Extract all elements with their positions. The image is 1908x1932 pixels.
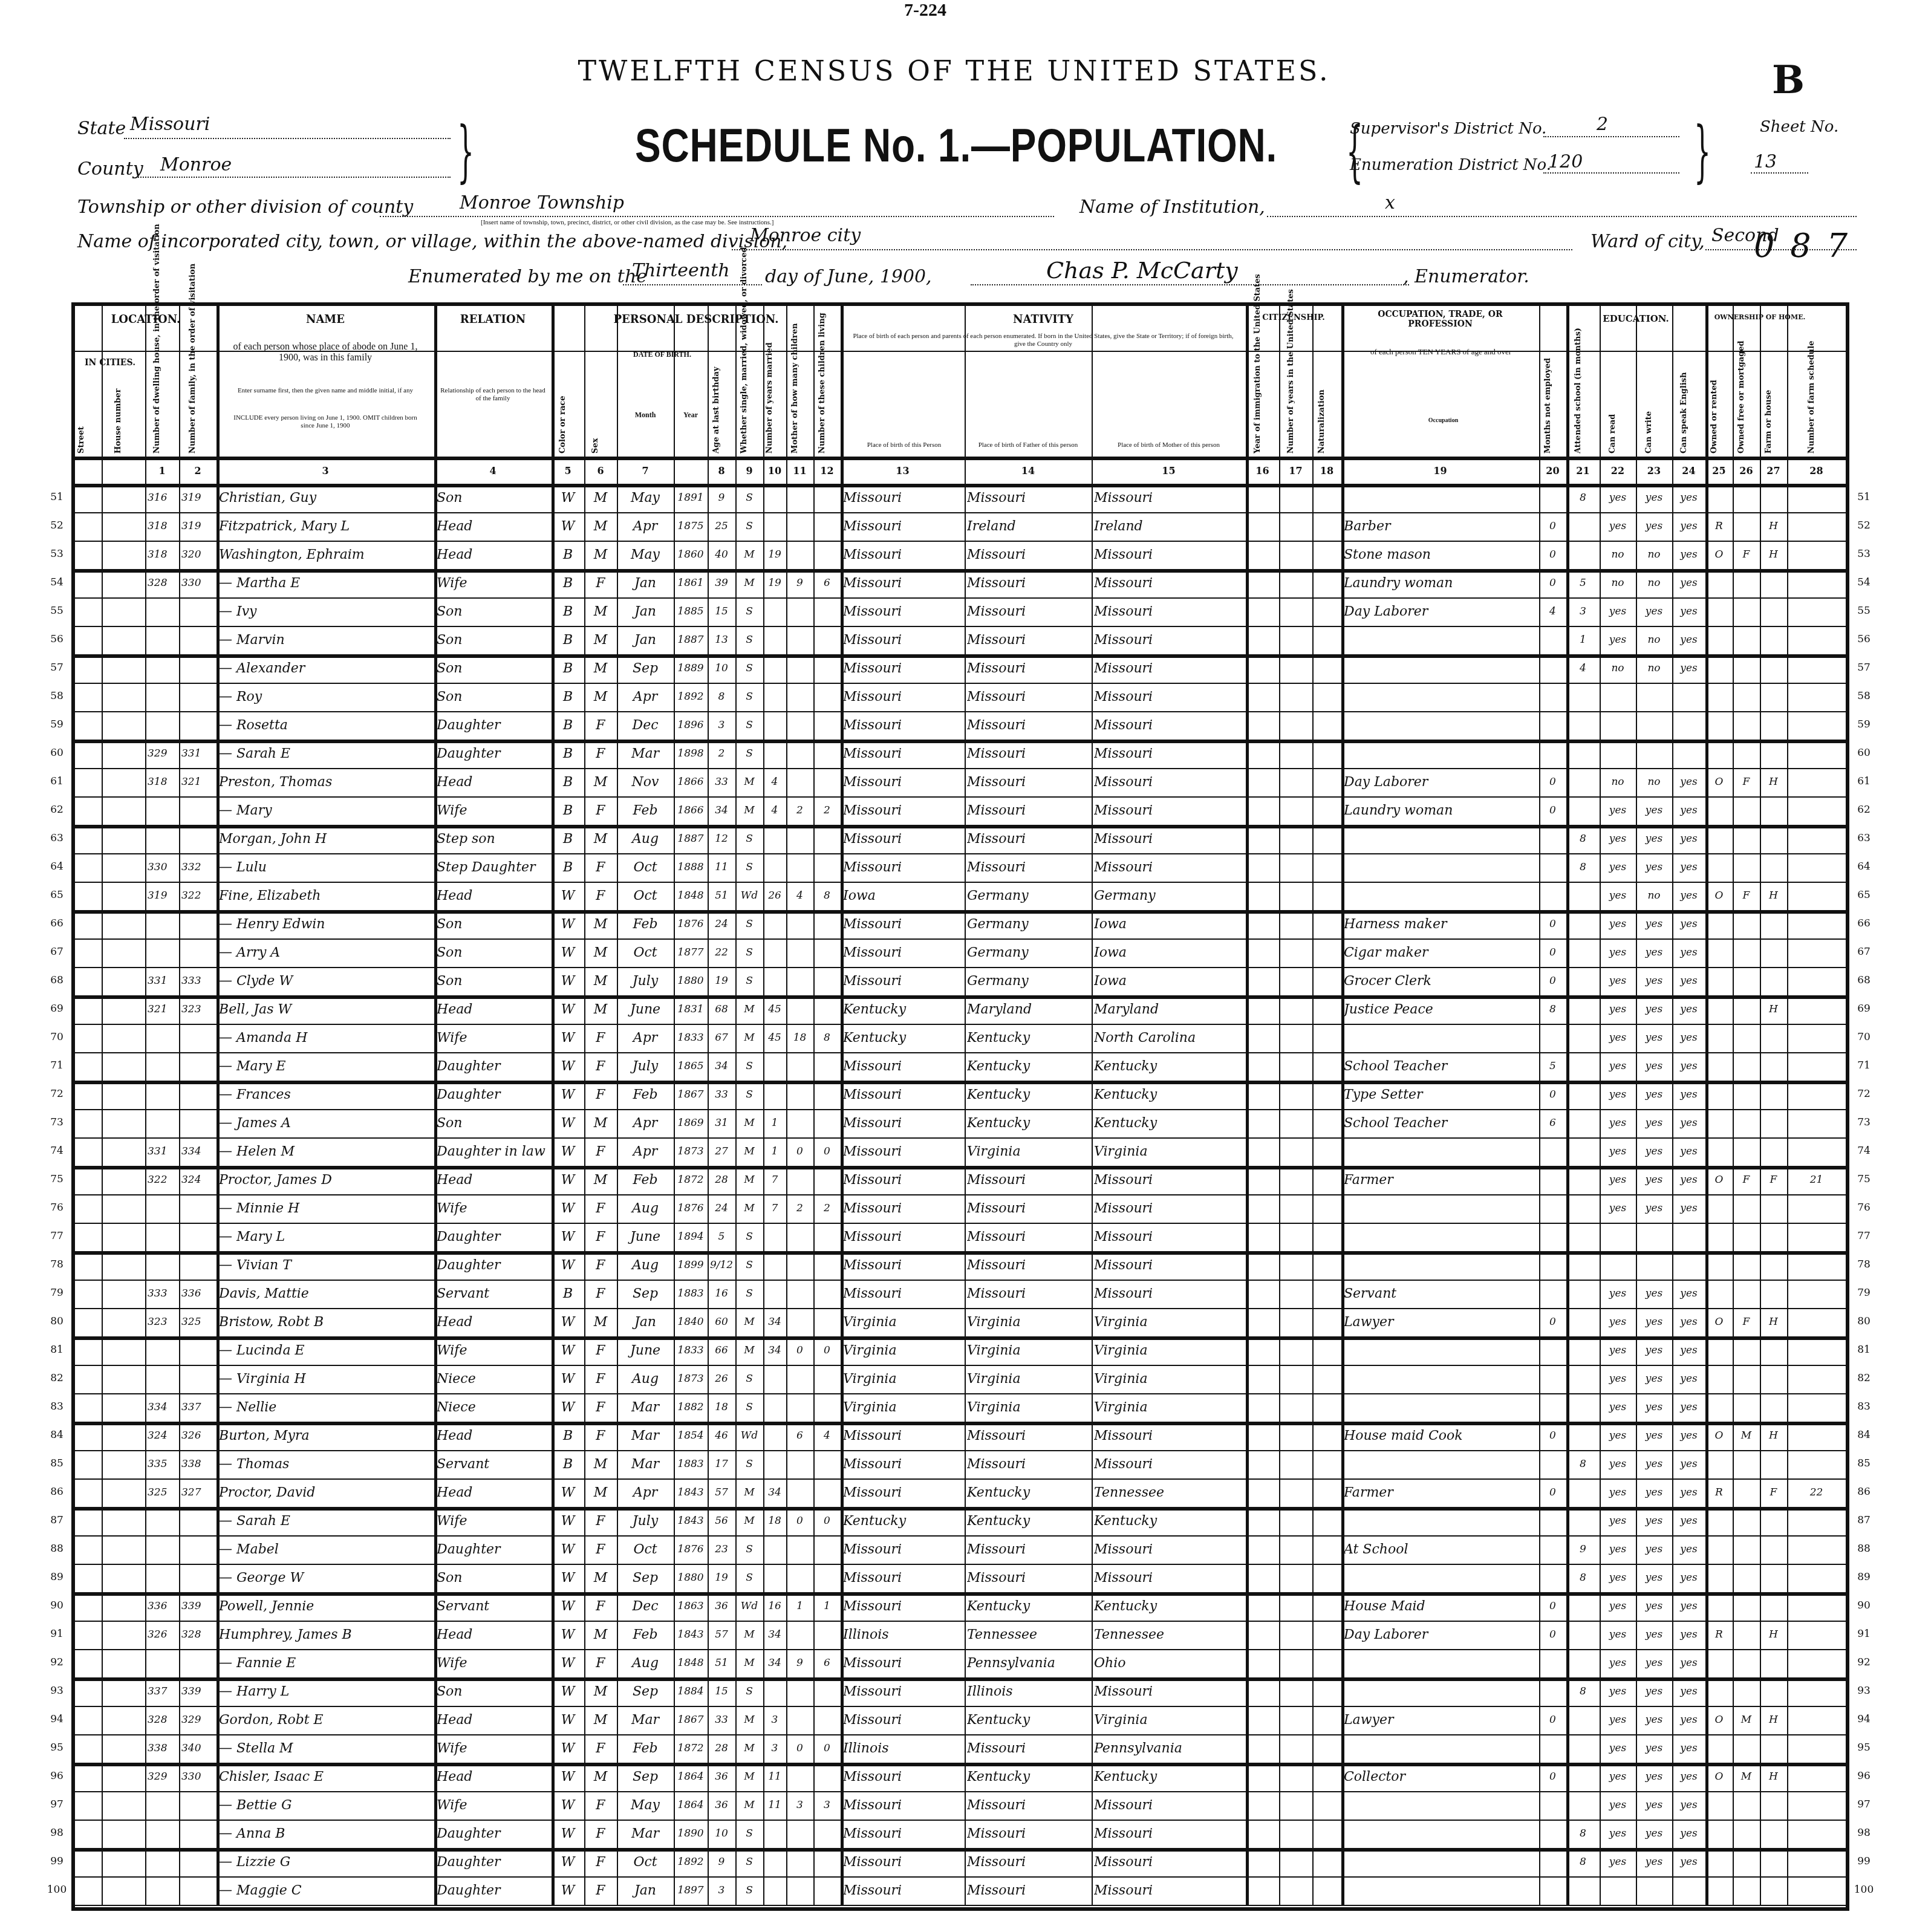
cell-read[interactable]: yes (1602, 1848, 1633, 1876)
cell-bp-mother[interactable]: Iowa (1094, 967, 1243, 995)
cell-sched[interactable] (1789, 541, 1843, 569)
cell-free[interactable] (1735, 1649, 1757, 1677)
cell-family[interactable] (181, 1791, 214, 1820)
cell-relation[interactable]: Step Daughter (437, 853, 549, 882)
cell-mother-of[interactable] (789, 1109, 811, 1137)
cell-yrs-married[interactable] (766, 740, 784, 768)
cell-name[interactable]: — Harry L (219, 1677, 432, 1706)
cell-speak[interactable]: yes (1675, 1450, 1703, 1478)
cell-name[interactable]: — Roy (219, 683, 432, 711)
cell-mother-of[interactable] (789, 1621, 811, 1649)
cell-months-ne[interactable]: 0 (1542, 541, 1564, 569)
cell-marital[interactable]: M (738, 1109, 761, 1137)
cell-read[interactable] (1602, 1876, 1633, 1905)
cell-speak[interactable]: yes (1675, 1109, 1703, 1137)
cell-school[interactable] (1569, 938, 1597, 967)
cell-color[interactable]: W (554, 1820, 582, 1848)
cell-own[interactable]: O (1708, 1422, 1730, 1450)
cell-sex[interactable]: M (587, 484, 614, 512)
cell-year[interactable]: 1848 (676, 1649, 705, 1677)
cell-yrs-married[interactable] (766, 1820, 784, 1848)
cell-name[interactable]: Fitzpatrick, Mary L (219, 512, 432, 541)
cell-occupation[interactable]: Harness maker (1344, 910, 1537, 938)
cell-yrs-married[interactable]: 34 (766, 1336, 784, 1365)
cell-occupation[interactable] (1344, 853, 1537, 882)
cell-mother-of[interactable] (789, 1450, 811, 1478)
cell-color[interactable]: B (554, 1450, 582, 1478)
cell-read[interactable]: yes (1602, 1194, 1633, 1223)
cell-own[interactable] (1708, 683, 1730, 711)
cell-month[interactable]: July (619, 967, 671, 995)
cell-bp-mother[interactable]: Virginia (1094, 1308, 1243, 1336)
cell-read[interactable]: no (1602, 541, 1633, 569)
cell-bp-mother[interactable]: Virginia (1094, 1365, 1243, 1393)
cell-age[interactable]: 27 (710, 1137, 733, 1166)
cell-own[interactable]: R (1708, 1621, 1730, 1649)
cell-marital[interactable]: M (738, 1024, 761, 1052)
cell-living[interactable] (816, 1280, 838, 1308)
cell-living[interactable] (816, 853, 838, 882)
cell-bp-mother[interactable]: Kentucky (1094, 1592, 1243, 1621)
cell-yrs-married[interactable]: 34 (766, 1308, 784, 1336)
cell-name[interactable]: Washington, Ephraim (219, 541, 432, 569)
cell-free[interactable] (1735, 938, 1757, 967)
cell-sched[interactable] (1789, 1592, 1843, 1621)
cell-age[interactable]: 39 (710, 569, 733, 597)
cell-school[interactable] (1569, 910, 1597, 938)
cell-family[interactable] (181, 938, 214, 967)
cell-living[interactable] (816, 1450, 838, 1478)
cell-speak[interactable]: yes (1675, 1507, 1703, 1535)
cell-month[interactable]: May (619, 1791, 671, 1820)
cell-mother-of[interactable]: 0 (789, 1336, 811, 1365)
cell-family[interactable] (181, 1564, 214, 1592)
cell-age[interactable]: 46 (710, 1422, 733, 1450)
cell-bp[interactable]: Virginia (843, 1336, 962, 1365)
state-value[interactable]: Missouri (130, 114, 210, 135)
cell-month[interactable]: Apr (619, 683, 671, 711)
cell-write[interactable]: yes (1638, 1535, 1670, 1564)
cell-color[interactable]: B (554, 853, 582, 882)
cell-marital[interactable]: S (738, 1365, 761, 1393)
cell-name[interactable]: Davis, Mattie (219, 1280, 432, 1308)
cell-name[interactable]: Burton, Myra (219, 1422, 432, 1450)
cell-age[interactable]: 11 (710, 853, 733, 882)
cell-months-ne[interactable]: 0 (1542, 1081, 1564, 1109)
cell-color[interactable]: W (554, 1848, 582, 1876)
cell-yrs-married[interactable] (766, 1251, 784, 1280)
cell-month[interactable]: Feb (619, 1734, 671, 1763)
cell-relation[interactable]: Son (437, 910, 549, 938)
cell-month[interactable]: Apr (619, 1109, 671, 1137)
cell-free[interactable] (1735, 597, 1757, 626)
cell-bp-father[interactable]: Missouri (967, 1251, 1089, 1280)
cell-name[interactable]: Preston, Thomas (219, 768, 432, 796)
cell-family[interactable] (181, 1820, 214, 1848)
cell-own[interactable] (1708, 1223, 1730, 1251)
cell-bp-father[interactable]: Kentucky (967, 1024, 1089, 1052)
cell-write[interactable]: yes (1638, 1564, 1670, 1592)
cell-own[interactable] (1708, 796, 1730, 825)
cell-family[interactable]: 328 (181, 1621, 214, 1649)
cell-family[interactable] (181, 626, 214, 654)
cell-dwelling[interactable] (148, 938, 177, 967)
cell-family[interactable]: 323 (181, 995, 214, 1024)
cell-bp[interactable]: Missouri (843, 1194, 962, 1223)
cell-bp-father[interactable]: Missouri (967, 1820, 1089, 1848)
cell-dwelling[interactable] (148, 683, 177, 711)
cell-bp-father[interactable]: Kentucky (967, 1081, 1089, 1109)
cell-marital[interactable]: M (738, 796, 761, 825)
cell-bp[interactable]: Missouri (843, 1706, 962, 1734)
cell-months-ne[interactable] (1542, 882, 1564, 910)
cell-bp-father[interactable]: Ireland (967, 512, 1089, 541)
cell-month[interactable]: Mar (619, 1450, 671, 1478)
cell-farm[interactable]: H (1762, 1308, 1785, 1336)
cell-marital[interactable]: Wd (738, 882, 761, 910)
cell-dwelling[interactable]: 318 (148, 768, 177, 796)
cell-living[interactable]: 2 (816, 796, 838, 825)
cell-marital[interactable]: S (738, 1677, 761, 1706)
cell-relation[interactable]: Wife (437, 1194, 549, 1223)
cell-yrs-married[interactable]: 7 (766, 1166, 784, 1194)
cell-year[interactable]: 1899 (676, 1251, 705, 1280)
cell-bp-father[interactable]: Virginia (967, 1336, 1089, 1365)
cell-school[interactable]: 8 (1569, 1677, 1597, 1706)
cell-mother-of[interactable] (789, 740, 811, 768)
cell-bp-mother[interactable]: North Carolina (1094, 1024, 1243, 1052)
cell-read[interactable]: yes (1602, 1052, 1633, 1081)
cell-name[interactable]: — Mary L (219, 1223, 432, 1251)
cell-months-ne[interactable]: 0 (1542, 1308, 1564, 1336)
cell-age[interactable]: 19 (710, 967, 733, 995)
cell-dwelling[interactable] (148, 1052, 177, 1081)
cell-age[interactable]: 3 (710, 711, 733, 740)
cell-name[interactable]: — Bettie G (219, 1791, 432, 1820)
cell-name[interactable]: Proctor, James D (219, 1166, 432, 1194)
cell-own[interactable] (1708, 853, 1730, 882)
cell-months-ne[interactable]: 0 (1542, 1478, 1564, 1507)
cell-write[interactable]: yes (1638, 1194, 1670, 1223)
cell-own[interactable] (1708, 1081, 1730, 1109)
cell-bp-father[interactable]: Missouri (967, 1450, 1089, 1478)
cell-bp[interactable]: Virginia (843, 1365, 962, 1393)
cell-write[interactable]: yes (1638, 853, 1670, 882)
cell-sched[interactable] (1789, 1564, 1843, 1592)
cell-dwelling[interactable] (148, 1564, 177, 1592)
cell-mother-of[interactable] (789, 626, 811, 654)
cell-read[interactable]: no (1602, 768, 1633, 796)
cell-yrs-married[interactable]: 45 (766, 1024, 784, 1052)
cell-bp[interactable]: Missouri (843, 1478, 962, 1507)
cell-read[interactable]: yes (1602, 1535, 1633, 1564)
cell-color[interactable]: W (554, 484, 582, 512)
cell-marital[interactable]: M (738, 569, 761, 597)
cell-read[interactable]: yes (1602, 825, 1633, 853)
cell-months-ne[interactable] (1542, 1024, 1564, 1052)
cell-sched[interactable] (1789, 512, 1843, 541)
cell-sched[interactable] (1789, 910, 1843, 938)
cell-farm[interactable] (1762, 1393, 1785, 1422)
cell-color[interactable]: B (554, 711, 582, 740)
cell-age[interactable]: 13 (710, 626, 733, 654)
cell-month[interactable]: Oct (619, 1535, 671, 1564)
cell-family[interactable] (181, 654, 214, 683)
cell-yrs-married[interactable]: 11 (766, 1763, 784, 1791)
cell-yrs-married[interactable]: 16 (766, 1592, 784, 1621)
cell-color[interactable]: W (554, 1621, 582, 1649)
cell-school[interactable] (1569, 1137, 1597, 1166)
cell-dwelling[interactable] (148, 1024, 177, 1052)
cell-months-ne[interactable]: 4 (1542, 597, 1564, 626)
cell-bp-father[interactable]: Missouri (967, 1734, 1089, 1763)
cell-speak[interactable]: yes (1675, 796, 1703, 825)
cell-sex[interactable]: M (587, 1706, 614, 1734)
cell-write[interactable]: no (1638, 768, 1670, 796)
cell-family[interactable] (181, 1649, 214, 1677)
cell-month[interactable]: Mar (619, 1820, 671, 1848)
cell-yrs-married[interactable] (766, 683, 784, 711)
cell-mother-of[interactable]: 9 (789, 569, 811, 597)
cell-yrs-married[interactable] (766, 626, 784, 654)
cell-relation[interactable]: Step son (437, 825, 549, 853)
cell-sched[interactable] (1789, 1535, 1843, 1564)
cell-mother-of[interactable] (789, 1820, 811, 1848)
cell-write[interactable]: no (1638, 569, 1670, 597)
cell-living[interactable] (816, 740, 838, 768)
cell-speak[interactable]: yes (1675, 1706, 1703, 1734)
cell-relation[interactable]: Head (437, 1763, 549, 1791)
cell-bp[interactable]: Missouri (843, 1109, 962, 1137)
cell-living[interactable] (816, 1478, 838, 1507)
cell-school[interactable] (1569, 1024, 1597, 1052)
cell-bp[interactable]: Missouri (843, 1137, 962, 1166)
cell-mother-of[interactable]: 0 (789, 1137, 811, 1166)
cell-write[interactable] (1638, 1251, 1670, 1280)
cell-relation[interactable]: Wife (437, 1336, 549, 1365)
cell-age[interactable]: 18 (710, 1393, 733, 1422)
cell-sex[interactable]: F (587, 1422, 614, 1450)
cell-free[interactable] (1735, 484, 1757, 512)
cell-farm[interactable] (1762, 853, 1785, 882)
cell-bp-father[interactable]: Missouri (967, 1194, 1089, 1223)
cell-school[interactable] (1569, 1308, 1597, 1336)
cell-dwelling[interactable]: 321 (148, 995, 177, 1024)
cell-name[interactable]: — Mary (219, 796, 432, 825)
cell-bp-mother[interactable]: Kentucky (1094, 1052, 1243, 1081)
cell-own[interactable] (1708, 1280, 1730, 1308)
cell-color[interactable]: W (554, 1763, 582, 1791)
cell-bp-mother[interactable]: Missouri (1094, 569, 1243, 597)
cell-bp-mother[interactable]: Iowa (1094, 910, 1243, 938)
cell-read[interactable]: yes (1602, 484, 1633, 512)
cell-bp-father[interactable]: Pennsylvania (967, 1649, 1089, 1677)
cell-bp-father[interactable]: Missouri (967, 1876, 1089, 1905)
cell-mother-of[interactable] (789, 1393, 811, 1422)
cell-year[interactable]: 1885 (676, 597, 705, 626)
cell-occupation[interactable]: Servant (1344, 1280, 1537, 1308)
cell-living[interactable] (816, 1223, 838, 1251)
cell-bp-father[interactable]: Germany (967, 967, 1089, 995)
cell-write[interactable]: yes (1638, 1422, 1670, 1450)
cell-read[interactable]: yes (1602, 1564, 1633, 1592)
cell-mother-of[interactable] (789, 1478, 811, 1507)
cell-read[interactable]: yes (1602, 1763, 1633, 1791)
cell-relation[interactable]: Wife (437, 1791, 549, 1820)
cell-color[interactable]: W (554, 1251, 582, 1280)
cell-school[interactable] (1569, 1223, 1597, 1251)
cell-bp-father[interactable]: Missouri (967, 853, 1089, 882)
cell-farm[interactable] (1762, 1052, 1785, 1081)
cell-read[interactable]: yes (1602, 1820, 1633, 1848)
cell-occupation[interactable] (1344, 825, 1537, 853)
cell-mother-of[interactable] (789, 1677, 811, 1706)
cell-sex[interactable]: F (587, 1734, 614, 1763)
cell-family[interactable]: 322 (181, 882, 214, 910)
cell-bp-father[interactable]: Missouri (967, 654, 1089, 683)
cell-year[interactable]: 1897 (676, 1876, 705, 1905)
cell-dwelling[interactable]: 326 (148, 1621, 177, 1649)
cell-sched[interactable] (1789, 1763, 1843, 1791)
cell-farm[interactable] (1762, 711, 1785, 740)
cell-month[interactable]: May (619, 484, 671, 512)
cell-occupation[interactable]: Day Laborer (1344, 1621, 1537, 1649)
cell-free[interactable] (1735, 1280, 1757, 1308)
cell-mother-of[interactable]: 0 (789, 1507, 811, 1535)
cell-occupation[interactable]: School Teacher (1344, 1052, 1537, 1081)
cell-speak[interactable] (1675, 1251, 1703, 1280)
cell-month[interactable]: May (619, 541, 671, 569)
cell-family[interactable]: 337 (181, 1393, 214, 1422)
cell-free[interactable]: M (1735, 1422, 1757, 1450)
cell-free[interactable] (1735, 1081, 1757, 1109)
cell-month[interactable]: Mar (619, 1422, 671, 1450)
cell-bp[interactable]: Kentucky (843, 1024, 962, 1052)
cell-sched[interactable] (1789, 1876, 1843, 1905)
cell-relation[interactable]: Head (437, 541, 549, 569)
cell-family[interactable]: 338 (181, 1450, 214, 1478)
cell-age[interactable]: 8 (710, 683, 733, 711)
cell-own[interactable] (1708, 740, 1730, 768)
cell-color[interactable]: W (554, 1365, 582, 1393)
cell-sex[interactable]: F (587, 1280, 614, 1308)
cell-school[interactable] (1569, 1621, 1597, 1649)
cell-free[interactable] (1735, 853, 1757, 882)
cell-mother-of[interactable] (789, 541, 811, 569)
cell-age[interactable]: 24 (710, 1194, 733, 1223)
cell-sex[interactable]: M (587, 1166, 614, 1194)
cell-dwelling[interactable] (148, 654, 177, 683)
cell-speak[interactable]: yes (1675, 1024, 1703, 1052)
cell-school[interactable]: 8 (1569, 825, 1597, 853)
cell-relation[interactable]: Daughter in law (437, 1137, 549, 1166)
cell-mother-of[interactable]: 9 (789, 1649, 811, 1677)
cell-family[interactable] (181, 1081, 214, 1109)
cell-bp[interactable]: Missouri (843, 1166, 962, 1194)
cell-year[interactable]: 1866 (676, 768, 705, 796)
cell-farm[interactable] (1762, 967, 1785, 995)
cell-marital[interactable]: S (738, 1820, 761, 1848)
cell-sex[interactable]: F (587, 882, 614, 910)
cell-dwelling[interactable]: 333 (148, 1280, 177, 1308)
cell-dwelling[interactable]: 329 (148, 1763, 177, 1791)
cell-marital[interactable]: S (738, 597, 761, 626)
cell-name[interactable]: — Sarah E (219, 1507, 432, 1535)
cell-own[interactable] (1708, 825, 1730, 853)
cell-relation[interactable]: Daughter (437, 1820, 549, 1848)
cell-sex[interactable]: M (587, 1763, 614, 1791)
cell-bp-father[interactable]: Virginia (967, 1365, 1089, 1393)
cell-school[interactable] (1569, 711, 1597, 740)
cell-occupation[interactable] (1344, 1336, 1537, 1365)
cell-year[interactable]: 1883 (676, 1280, 705, 1308)
cell-bp-mother[interactable]: Missouri (1094, 740, 1243, 768)
cell-year[interactable]: 1861 (676, 569, 705, 597)
cell-color[interactable]: W (554, 1564, 582, 1592)
cell-relation[interactable]: Daughter (437, 1081, 549, 1109)
cell-living[interactable] (816, 1308, 838, 1336)
cell-occupation[interactable]: Farmer (1344, 1478, 1537, 1507)
cell-free[interactable] (1735, 626, 1757, 654)
cell-school[interactable] (1569, 1422, 1597, 1450)
cell-sex[interactable]: F (587, 1336, 614, 1365)
cell-bp[interactable]: Iowa (843, 882, 962, 910)
cell-free[interactable]: M (1735, 1706, 1757, 1734)
cell-farm[interactable] (1762, 1109, 1785, 1137)
cell-school[interactable] (1569, 1734, 1597, 1763)
cell-name[interactable]: Morgan, John H (219, 825, 432, 853)
cell-bp-father[interactable]: Missouri (967, 1422, 1089, 1450)
cell-bp-mother[interactable]: Missouri (1094, 768, 1243, 796)
cell-farm[interactable] (1762, 1336, 1785, 1365)
cell-occupation[interactable]: Grocer Clerk (1344, 967, 1537, 995)
cell-bp-father[interactable]: Virginia (967, 1137, 1089, 1166)
cell-free[interactable] (1735, 995, 1757, 1024)
cell-sex[interactable]: M (587, 825, 614, 853)
cell-age[interactable]: 36 (710, 1763, 733, 1791)
cell-months-ne[interactable]: 0 (1542, 967, 1564, 995)
cell-month[interactable]: Apr (619, 1137, 671, 1166)
cell-school[interactable] (1569, 768, 1597, 796)
cell-months-ne[interactable] (1542, 1194, 1564, 1223)
cell-sex[interactable]: M (587, 654, 614, 683)
cell-living[interactable]: 0 (816, 1507, 838, 1535)
cell-months-ne[interactable] (1542, 711, 1564, 740)
cell-months-ne[interactable] (1542, 1677, 1564, 1706)
cell-living[interactable] (816, 1365, 838, 1393)
cell-months-ne[interactable] (1542, 1365, 1564, 1393)
cell-bp-mother[interactable]: Missouri (1094, 626, 1243, 654)
cell-sex[interactable]: F (587, 1024, 614, 1052)
cell-living[interactable]: 6 (816, 569, 838, 597)
cell-yrs-married[interactable] (766, 1052, 784, 1081)
cell-color[interactable]: W (554, 1336, 582, 1365)
cell-marital[interactable]: S (738, 1564, 761, 1592)
cell-relation[interactable]: Son (437, 597, 549, 626)
cell-read[interactable]: yes (1602, 626, 1633, 654)
cell-marital[interactable]: M (738, 1507, 761, 1535)
cell-mother-of[interactable] (789, 512, 811, 541)
cell-bp[interactable]: Missouri (843, 825, 962, 853)
cell-dwelling[interactable] (148, 1081, 177, 1109)
cell-speak[interactable]: yes (1675, 1081, 1703, 1109)
cell-free[interactable] (1735, 1194, 1757, 1223)
cell-sched[interactable] (1789, 1649, 1843, 1677)
cell-age[interactable]: 33 (710, 768, 733, 796)
cell-marital[interactable]: S (738, 512, 761, 541)
cell-year[interactable]: 1891 (676, 484, 705, 512)
cell-name[interactable]: — Frances (219, 1081, 432, 1109)
